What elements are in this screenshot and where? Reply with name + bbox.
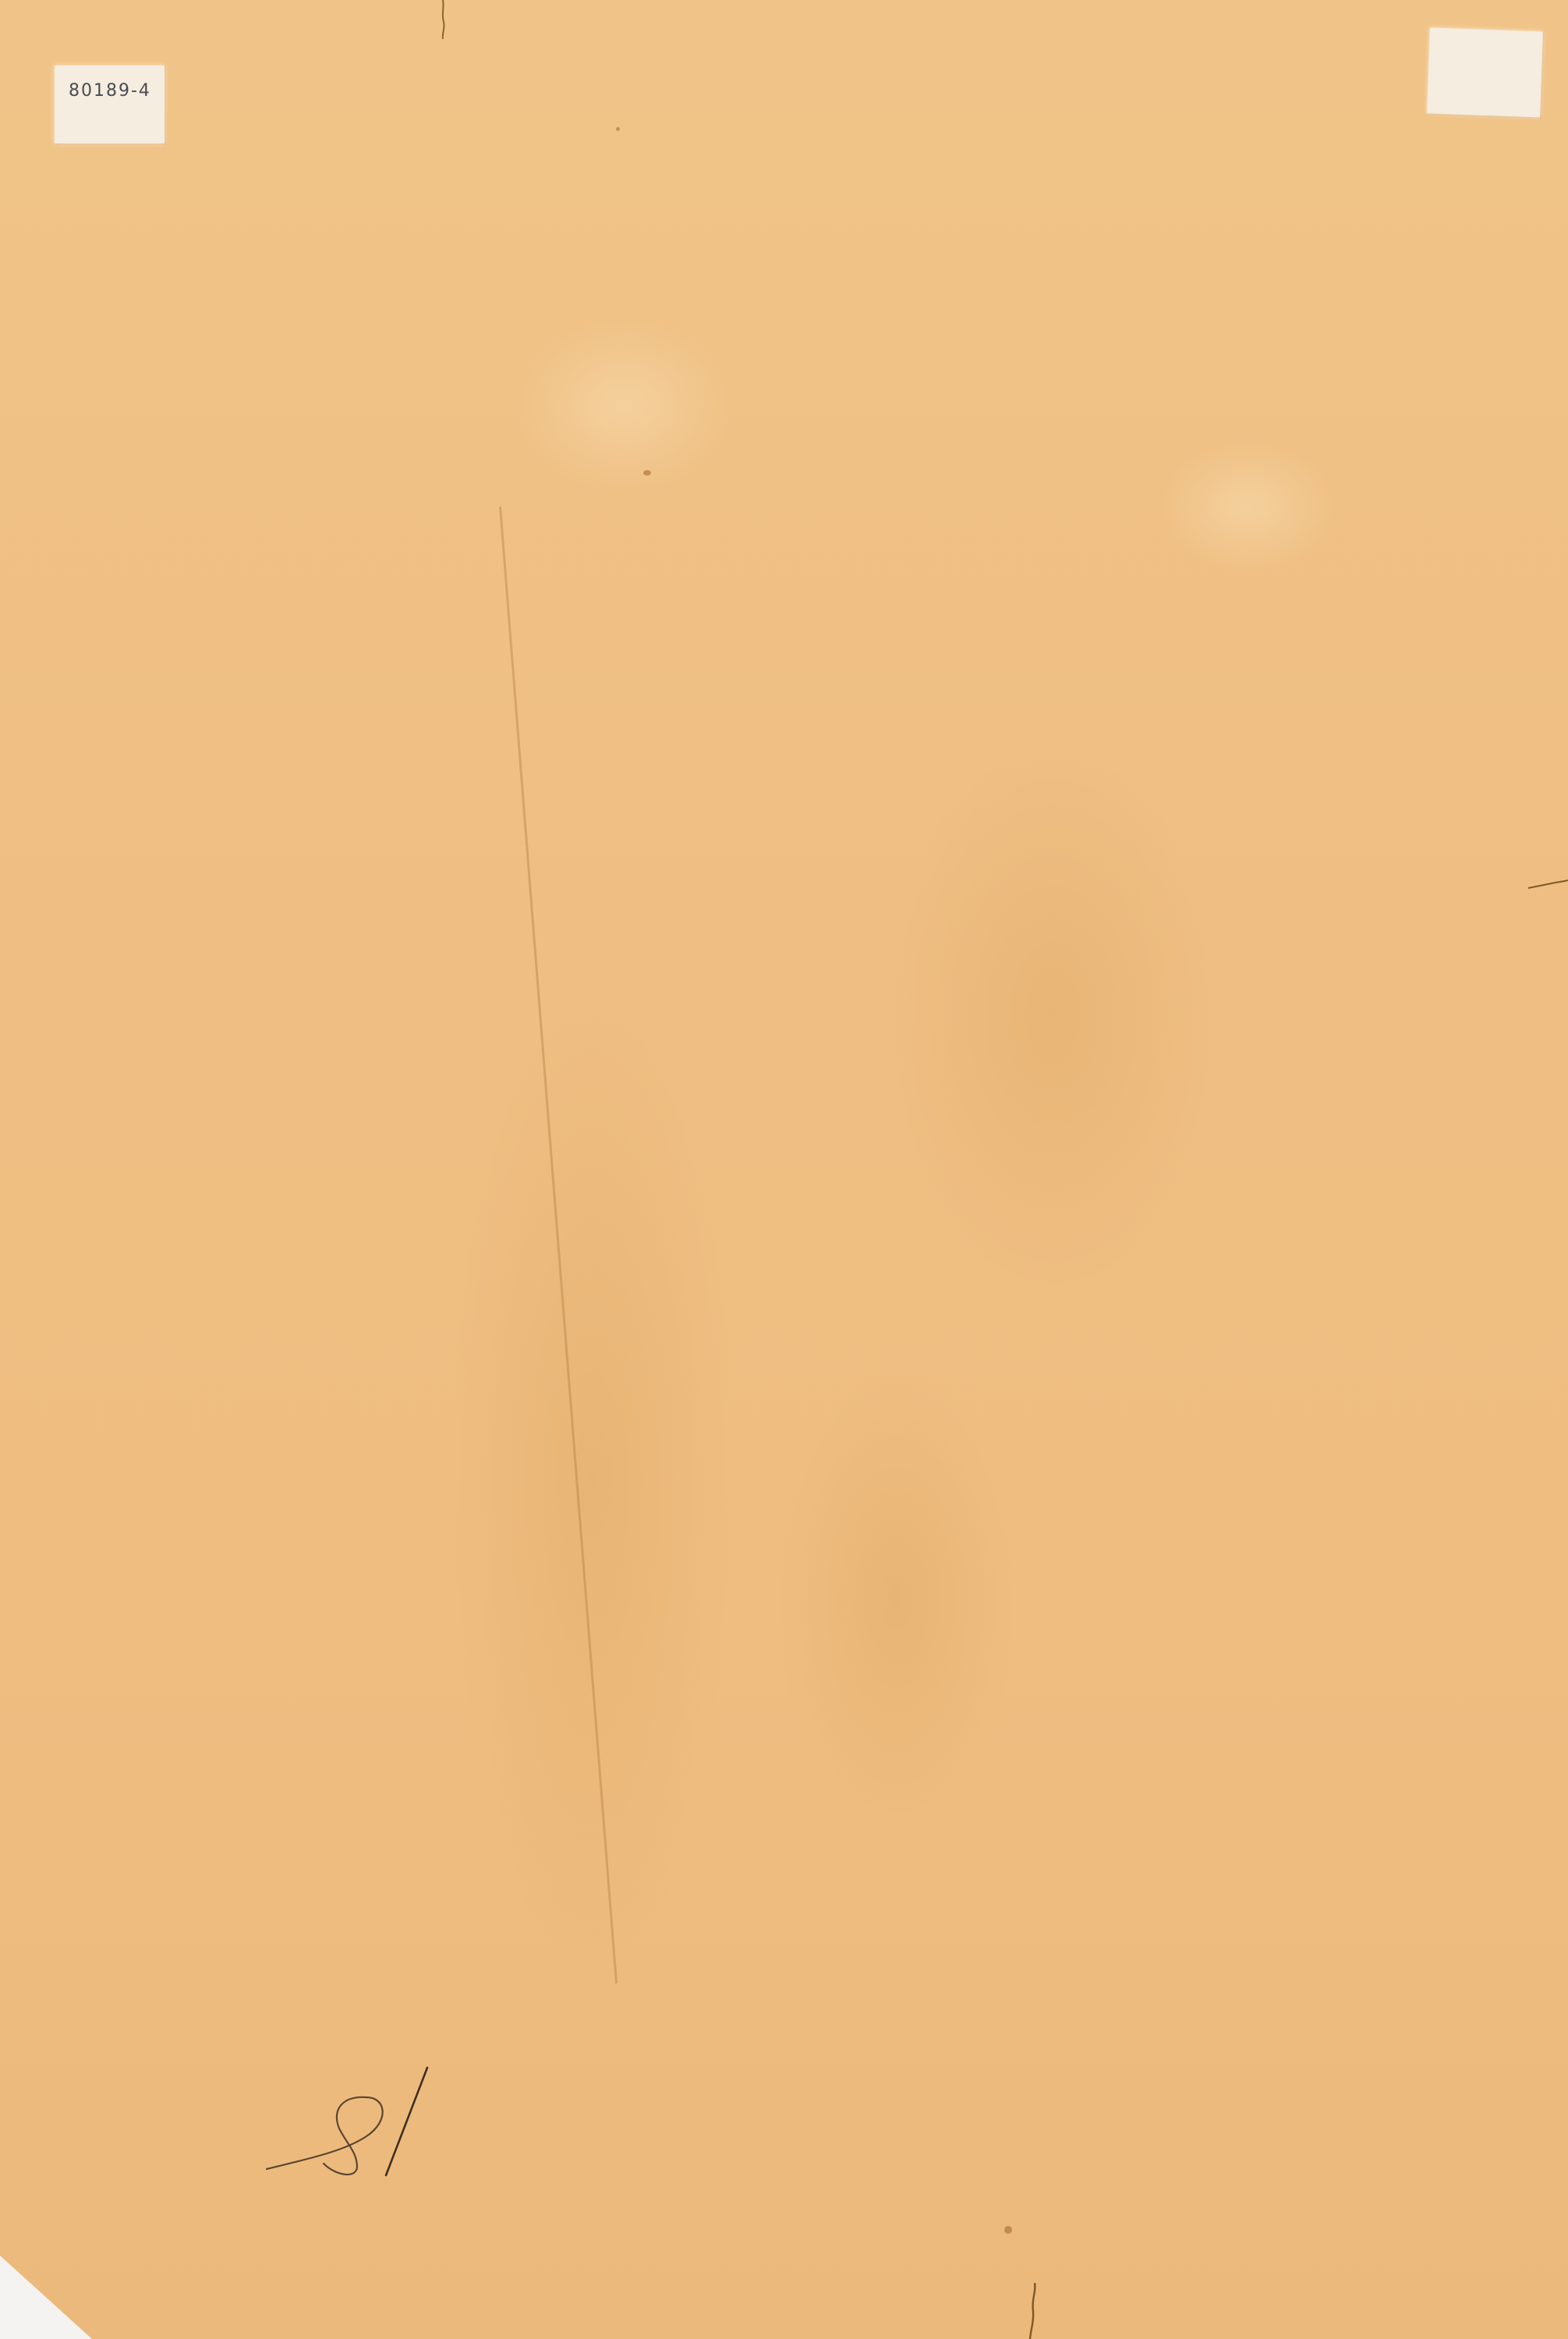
pencil-number-81: 81 xyxy=(257,2051,452,2191)
crease-line xyxy=(499,507,618,1983)
blank-label xyxy=(1427,28,1543,118)
stain-spot xyxy=(616,127,620,131)
tear-bottom xyxy=(1028,2283,1039,2339)
inventory-label: 80189-4 xyxy=(55,65,165,143)
paper-sheet: 80189-4 81 xyxy=(0,0,1568,2339)
inventory-number: 80189-4 xyxy=(69,81,151,101)
tear-right xyxy=(1528,877,1568,893)
stain-spot xyxy=(643,470,651,476)
stain-spot xyxy=(1004,2226,1012,2234)
tear-top xyxy=(440,0,446,39)
